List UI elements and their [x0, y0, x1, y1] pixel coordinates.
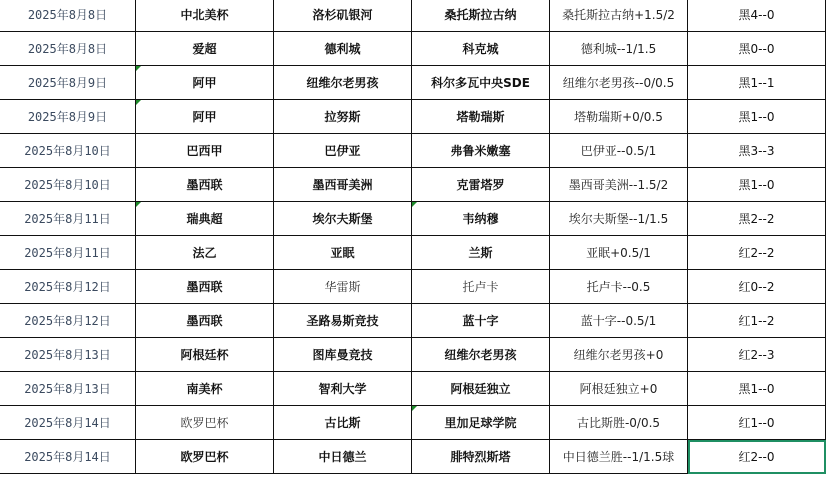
- league-cell[interactable]: 墨西联: [136, 168, 274, 202]
- date-cell[interactable]: 2025年8月13日: [0, 372, 136, 406]
- table-row: 2025年8月10日墨西联墨西哥美洲克雷塔罗墨西哥美洲--1.5/2黑1--0: [0, 168, 826, 202]
- result-text: 黑0--0: [739, 42, 775, 56]
- comment-indicator-icon: [412, 202, 417, 207]
- comment-indicator-icon: [412, 406, 417, 411]
- handicap-cell[interactable]: 德利城--1/1.5: [550, 32, 688, 66]
- handicap-cell[interactable]: 亚眠+0.5/1: [550, 236, 688, 270]
- date-cell[interactable]: 2025年8月13日: [0, 338, 136, 372]
- away-team-cell[interactable]: 科克城: [412, 32, 550, 66]
- league-text: 爱超: [192, 42, 216, 56]
- date-text: 2025年8月8日: [28, 42, 107, 56]
- table-row: 2025年8月13日南美杯智利大学阿根廷独立阿根廷独立+0黑1--0: [0, 372, 826, 406]
- date-text: 2025年8月10日: [24, 178, 111, 192]
- away-team-cell[interactable]: 里加足球学院: [412, 406, 550, 440]
- table-row: 2025年8月9日阿甲拉努斯塔勒瑞斯塔勒瑞斯+0/0.5黑1--0: [0, 100, 826, 134]
- comment-indicator-icon: [136, 100, 141, 105]
- home-team-cell[interactable]: 巴伊亚: [274, 134, 412, 168]
- result-text: 红2--3: [739, 348, 775, 362]
- away-team-text: 弗鲁米嫩塞: [450, 144, 510, 158]
- result-cell[interactable]: 黑4--0: [688, 0, 826, 32]
- date-text: 2025年8月11日: [24, 212, 111, 226]
- away-team-text: 兰斯: [468, 246, 492, 260]
- away-team-text: 克雷塔罗: [456, 178, 504, 192]
- away-team-text: 托卢卡: [462, 280, 498, 294]
- date-cell[interactable]: 2025年8月12日: [0, 270, 136, 304]
- handicap-text: 托卢卡--0.5: [587, 280, 651, 294]
- home-team-cell[interactable]: 拉努斯: [274, 100, 412, 134]
- comment-indicator-icon: [136, 202, 141, 207]
- date-cell[interactable]: 2025年8月9日: [0, 66, 136, 100]
- result-text: 黑1--0: [739, 110, 775, 124]
- league-text: 阿甲: [192, 76, 216, 90]
- date-text: 2025年8月12日: [24, 314, 111, 328]
- league-cell[interactable]: 南美杯: [136, 372, 274, 406]
- home-team-text: 圣路易斯竞技: [306, 314, 378, 328]
- home-team-text: 拉努斯: [324, 110, 360, 124]
- date-text: 2025年8月8日: [28, 8, 107, 22]
- table-row: 2025年8月14日欧罗巴杯古比斯里加足球学院古比斯胜-0/0.5红1--0: [0, 406, 826, 440]
- handicap-text: 桑托斯拉古纳+1.5/2: [562, 8, 675, 22]
- table-row: 2025年8月11日瑞典超埃尔夫斯堡韦纳穆埃尔夫斯堡--1/1.5黑2--2: [0, 202, 826, 236]
- league-cell[interactable]: 爱超: [136, 32, 274, 66]
- away-team-text: 纽维尔老男孩: [444, 348, 516, 362]
- result-cell[interactable]: 黑2--2: [688, 202, 826, 236]
- result-text: 黑1--1: [739, 76, 775, 90]
- home-team-cell[interactable]: 德利城: [274, 32, 412, 66]
- table-row: 2025年8月12日墨西联华雷斯托卢卡托卢卡--0.5红0--2: [0, 270, 826, 304]
- handicap-text: 蓝十字--0.5/1: [581, 314, 656, 328]
- match-table: 2025年8月8日中北美杯洛杉矶银河桑托斯拉古纳桑托斯拉古纳+1.5/2黑4--…: [0, 0, 826, 474]
- home-team-cell[interactable]: 圣路易斯竞技: [274, 304, 412, 338]
- away-team-text: 科克城: [462, 42, 498, 56]
- away-team-text: 桑托斯拉古纳: [444, 8, 516, 22]
- away-team-text: 塔勒瑞斯: [456, 110, 504, 124]
- handicap-text: 阿根廷独立+0: [580, 382, 658, 396]
- away-team-cell[interactable]: 克雷塔罗: [412, 168, 550, 202]
- handicap-cell[interactable]: 中日德兰胜--1/1.5球: [550, 440, 688, 474]
- result-text: 黑1--0: [739, 178, 775, 192]
- handicap-cell[interactable]: 桑托斯拉古纳+1.5/2: [550, 0, 688, 32]
- away-team-cell[interactable]: 桑托斯拉古纳: [412, 0, 550, 32]
- date-text: 2025年8月13日: [24, 382, 111, 396]
- table-row: 2025年8月13日阿根廷杯图库曼竞技纽维尔老男孩纽维尔老男孩+0红2--3: [0, 338, 826, 372]
- league-text: 欧罗巴杯: [180, 416, 228, 430]
- home-team-cell[interactable]: 古比斯: [274, 406, 412, 440]
- handicap-cell[interactable]: 阿根廷独立+0: [550, 372, 688, 406]
- handicap-cell[interactable]: 托卢卡--0.5: [550, 270, 688, 304]
- away-team-cell[interactable]: 腓特烈斯塔: [412, 440, 550, 474]
- away-team-cell[interactable]: 塔勒瑞斯: [412, 100, 550, 134]
- league-cell[interactable]: 墨西联: [136, 304, 274, 338]
- away-team-text: 韦纳穆: [462, 212, 498, 226]
- handicap-cell[interactable]: 纽维尔老男孩--0/0.5: [550, 66, 688, 100]
- home-team-cell[interactable]: 埃尔夫斯堡: [274, 202, 412, 236]
- league-text: 欧罗巴杯: [180, 450, 228, 464]
- away-team-text: 科尔多瓦中央SDE: [431, 76, 530, 90]
- result-text: 红2--0: [739, 450, 775, 464]
- league-cell[interactable]: 阿根廷杯: [136, 338, 274, 372]
- handicap-text: 纽维尔老男孩--0/0.5: [563, 76, 674, 90]
- league-cell[interactable]: 瑞典超: [136, 202, 274, 236]
- handicap-text: 纽维尔老男孩+0: [574, 348, 664, 362]
- handicap-cell[interactable]: 塔勒瑞斯+0/0.5: [550, 100, 688, 134]
- result-cell[interactable]: 红2--0: [688, 440, 826, 474]
- date-cell[interactable]: 2025年8月10日: [0, 168, 136, 202]
- handicap-cell[interactable]: 古比斯胜-0/0.5: [550, 406, 688, 440]
- home-team-text: 华雷斯: [324, 280, 360, 294]
- handicap-text: 亚眠+0.5/1: [586, 246, 651, 260]
- league-text: 阿根廷杯: [180, 348, 228, 362]
- result-text: 红1--0: [739, 416, 775, 430]
- result-text: 红0--2: [739, 280, 775, 294]
- home-team-cell[interactable]: 墨西哥美洲: [274, 168, 412, 202]
- league-text: 墨西联: [186, 314, 222, 328]
- away-team-text: 里加足球学院: [444, 416, 516, 430]
- league-cell[interactable]: 巴西甲: [136, 134, 274, 168]
- date-text: 2025年8月10日: [24, 144, 111, 158]
- table-row: 2025年8月8日爱超德利城科克城德利城--1/1.5黑0--0: [0, 32, 826, 66]
- league-text: 阿甲: [192, 110, 216, 124]
- date-text: 2025年8月9日: [28, 76, 107, 90]
- home-team-cell[interactable]: 华雷斯: [274, 270, 412, 304]
- league-text: 墨西联: [186, 280, 222, 294]
- date-text: 2025年8月13日: [24, 348, 111, 362]
- result-cell[interactable]: 黑0--0: [688, 32, 826, 66]
- league-cell[interactable]: 中北美杯: [136, 0, 274, 32]
- date-cell[interactable]: 2025年8月11日: [0, 202, 136, 236]
- home-team-text: 亚眠: [330, 246, 354, 260]
- league-cell[interactable]: 阿甲: [136, 100, 274, 134]
- result-cell[interactable]: 红0--2: [688, 270, 826, 304]
- handicap-text: 埃尔夫斯堡--1/1.5: [569, 212, 668, 226]
- home-team-cell[interactable]: 图库曼竞技: [274, 338, 412, 372]
- home-team-text: 洛杉矶银河: [312, 8, 372, 22]
- handicap-text: 古比斯胜-0/0.5: [577, 416, 660, 430]
- away-team-text: 蓝十字: [462, 314, 498, 328]
- home-team-text: 埃尔夫斯堡: [312, 212, 372, 226]
- league-cell[interactable]: 墨西联: [136, 270, 274, 304]
- result-cell[interactable]: 红2--3: [688, 338, 826, 372]
- result-cell[interactable]: 黑1--0: [688, 168, 826, 202]
- result-cell[interactable]: 黑1--1: [688, 66, 826, 100]
- away-team-cell[interactable]: 科尔多瓦中央SDE: [412, 66, 550, 100]
- league-text: 法乙: [192, 246, 216, 260]
- result-cell[interactable]: 红1--2: [688, 304, 826, 338]
- away-team-cell[interactable]: 阿根廷独立: [412, 372, 550, 406]
- league-text: 墨西联: [186, 178, 222, 192]
- away-team-text: 阿根廷独立: [450, 382, 510, 396]
- handicap-text: 巴伊亚--0.5/1: [581, 144, 656, 158]
- league-text: 巴西甲: [186, 144, 222, 158]
- home-team-cell[interactable]: 智利大学: [274, 372, 412, 406]
- table-row: 2025年8月11日法乙亚眠兰斯亚眠+0.5/1红2--2: [0, 236, 826, 270]
- table-row: 2025年8月10日巴西甲巴伊亚弗鲁米嫩塞巴伊亚--0.5/1黑3--3: [0, 134, 826, 168]
- date-text: 2025年8月11日: [24, 246, 111, 260]
- league-cell[interactable]: 法乙: [136, 236, 274, 270]
- handicap-text: 墨西哥美洲--1.5/2: [569, 178, 668, 192]
- handicap-cell[interactable]: 蓝十字--0.5/1: [550, 304, 688, 338]
- league-text: 中北美杯: [180, 8, 228, 22]
- table-row: 2025年8月8日中北美杯洛杉矶银河桑托斯拉古纳桑托斯拉古纳+1.5/2黑4--…: [0, 0, 826, 32]
- date-text: 2025年8月9日: [28, 110, 107, 124]
- result-text: 黑4--0: [739, 8, 775, 22]
- home-team-text: 智利大学: [318, 382, 366, 396]
- result-cell[interactable]: 红1--0: [688, 406, 826, 440]
- home-team-cell[interactable]: 亚眠: [274, 236, 412, 270]
- away-team-cell[interactable]: 韦纳穆: [412, 202, 550, 236]
- result-text: 黑3--3: [739, 144, 775, 158]
- away-team-text: 腓特烈斯塔: [450, 450, 510, 464]
- home-team-text: 德利城: [324, 42, 360, 56]
- table-row: 2025年8月9日阿甲纽维尔老男孩科尔多瓦中央SDE纽维尔老男孩--0/0.5黑…: [0, 66, 826, 100]
- handicap-cell[interactable]: 墨西哥美洲--1.5/2: [550, 168, 688, 202]
- handicap-text: 德利城--1/1.5: [581, 42, 656, 56]
- handicap-cell[interactable]: 巴伊亚--0.5/1: [550, 134, 688, 168]
- handicap-cell[interactable]: 纽维尔老男孩+0: [550, 338, 688, 372]
- spreadsheet-grid: 2025年8月8日中北美杯洛杉矶银河桑托斯拉古纳桑托斯拉古纳+1.5/2黑4--…: [0, 0, 826, 474]
- table-row: 2025年8月14日欧罗巴杯中日德兰腓特烈斯塔中日德兰胜--1/1.5球红2--…: [0, 440, 826, 474]
- league-text: 南美杯: [186, 382, 222, 396]
- home-team-cell[interactable]: 中日德兰: [274, 440, 412, 474]
- home-team-text: 图库曼竞技: [312, 348, 372, 362]
- result-cell[interactable]: 黑3--3: [688, 134, 826, 168]
- date-text: 2025年8月14日: [24, 450, 111, 464]
- result-text: 黑1--0: [739, 382, 775, 396]
- home-team-text: 纽维尔老男孩: [306, 76, 378, 90]
- date-cell[interactable]: 2025年8月11日: [0, 236, 136, 270]
- date-cell[interactable]: 2025年8月10日: [0, 134, 136, 168]
- league-text: 瑞典超: [186, 212, 222, 226]
- away-team-cell[interactable]: 托卢卡: [412, 270, 550, 304]
- date-text: 2025年8月14日: [24, 416, 111, 430]
- result-cell[interactable]: 红2--2: [688, 236, 826, 270]
- result-text: 黑2--2: [739, 212, 775, 226]
- away-team-cell[interactable]: 弗鲁米嫩塞: [412, 134, 550, 168]
- comment-indicator-icon: [136, 66, 141, 71]
- away-team-cell[interactable]: 蓝十字: [412, 304, 550, 338]
- result-text: 红2--2: [739, 246, 775, 260]
- home-team-cell[interactable]: 纽维尔老男孩: [274, 66, 412, 100]
- league-cell[interactable]: 欧罗巴杯: [136, 406, 274, 440]
- home-team-text: 巴伊亚: [324, 144, 360, 158]
- date-cell[interactable]: 2025年8月14日: [0, 406, 136, 440]
- date-text: 2025年8月12日: [24, 280, 111, 294]
- date-cell[interactable]: 2025年8月8日: [0, 0, 136, 32]
- date-cell[interactable]: 2025年8月8日: [0, 32, 136, 66]
- home-team-text: 古比斯: [324, 416, 360, 430]
- handicap-text: 中日德兰胜--1/1.5球: [563, 450, 674, 464]
- home-team-cell[interactable]: 洛杉矶银河: [274, 0, 412, 32]
- result-text: 红1--2: [739, 314, 775, 328]
- home-team-text: 中日德兰: [318, 450, 366, 464]
- result-cell[interactable]: 黑1--0: [688, 100, 826, 134]
- date-cell[interactable]: 2025年8月14日: [0, 440, 136, 474]
- date-cell[interactable]: 2025年8月9日: [0, 100, 136, 134]
- result-cell[interactable]: 黑1--0: [688, 372, 826, 406]
- handicap-text: 塔勒瑞斯+0/0.5: [574, 110, 663, 124]
- away-team-cell[interactable]: 兰斯: [412, 236, 550, 270]
- home-team-text: 墨西哥美洲: [312, 178, 372, 192]
- league-cell[interactable]: 欧罗巴杯: [136, 440, 274, 474]
- date-cell[interactable]: 2025年8月12日: [0, 304, 136, 338]
- league-cell[interactable]: 阿甲: [136, 66, 274, 100]
- table-row: 2025年8月12日墨西联圣路易斯竞技蓝十字蓝十字--0.5/1红1--2: [0, 304, 826, 338]
- handicap-cell[interactable]: 埃尔夫斯堡--1/1.5: [550, 202, 688, 236]
- away-team-cell[interactable]: 纽维尔老男孩: [412, 338, 550, 372]
